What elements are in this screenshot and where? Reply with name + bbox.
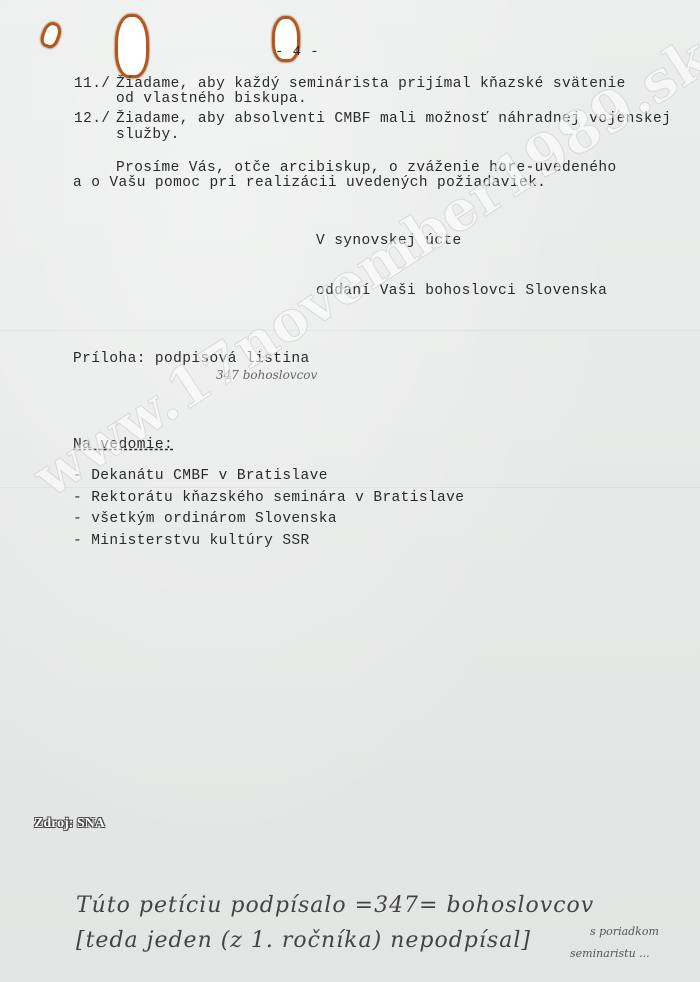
cc-recipient: - všetkým ordinárom Slovenska (73, 511, 337, 527)
item-text: Žiadame, aby každý seminárista prijímal … (116, 76, 626, 92)
cc-recipient: - Rektorátu kňazského seminára v Bratisl… (73, 490, 464, 506)
cc-heading: Na vedomie: (73, 437, 173, 453)
closing-paragraph: Prosíme Vás, otče arcibiskup, o zváženie… (116, 160, 617, 176)
attachment-label: Príloha: podpisová listina (73, 351, 310, 367)
handwritten-count: 347 bohoslovcov (216, 368, 317, 382)
cc-recipient: - Dekanátu CMBF v Bratislave (73, 468, 328, 484)
source-label: Zdroj: SNA (34, 816, 105, 832)
burn-hole (38, 20, 64, 51)
paper-fold (0, 487, 700, 488)
salutation: V synovskej úcte (316, 233, 462, 249)
burn-hole (115, 14, 149, 78)
document-page: - 4 - 11./ Žiadame, aby každý seminárist… (0, 0, 700, 982)
handwritten-footer: [teda jeden (z 1. ročníka) nepodpísal] (76, 928, 531, 953)
paper-fold (0, 330, 700, 331)
handwritten-side-note: seminaristu ... (570, 947, 650, 960)
closing-paragraph: a o Vašu pomoc pri realizácii uvedených … (73, 175, 546, 191)
item-text: Žiadame, aby absolventi CMBF mali možnos… (116, 111, 671, 127)
cc-recipient: - Ministerstvu kultúry SSR (73, 533, 310, 549)
handwritten-footer: Túto petíciu podpísalo =347= bohoslovcov (76, 893, 594, 918)
item-number: 11./ (74, 76, 110, 92)
signature: oddaní Vaši bohoslovci Slovenska (316, 283, 607, 299)
item-number: 12./ (74, 111, 110, 127)
item-text: služby. (116, 127, 180, 143)
handwritten-side-note: s poriadkom (590, 925, 659, 938)
item-text: od vlastného biskupa. (116, 91, 307, 107)
page-number: - 4 - (275, 44, 319, 60)
